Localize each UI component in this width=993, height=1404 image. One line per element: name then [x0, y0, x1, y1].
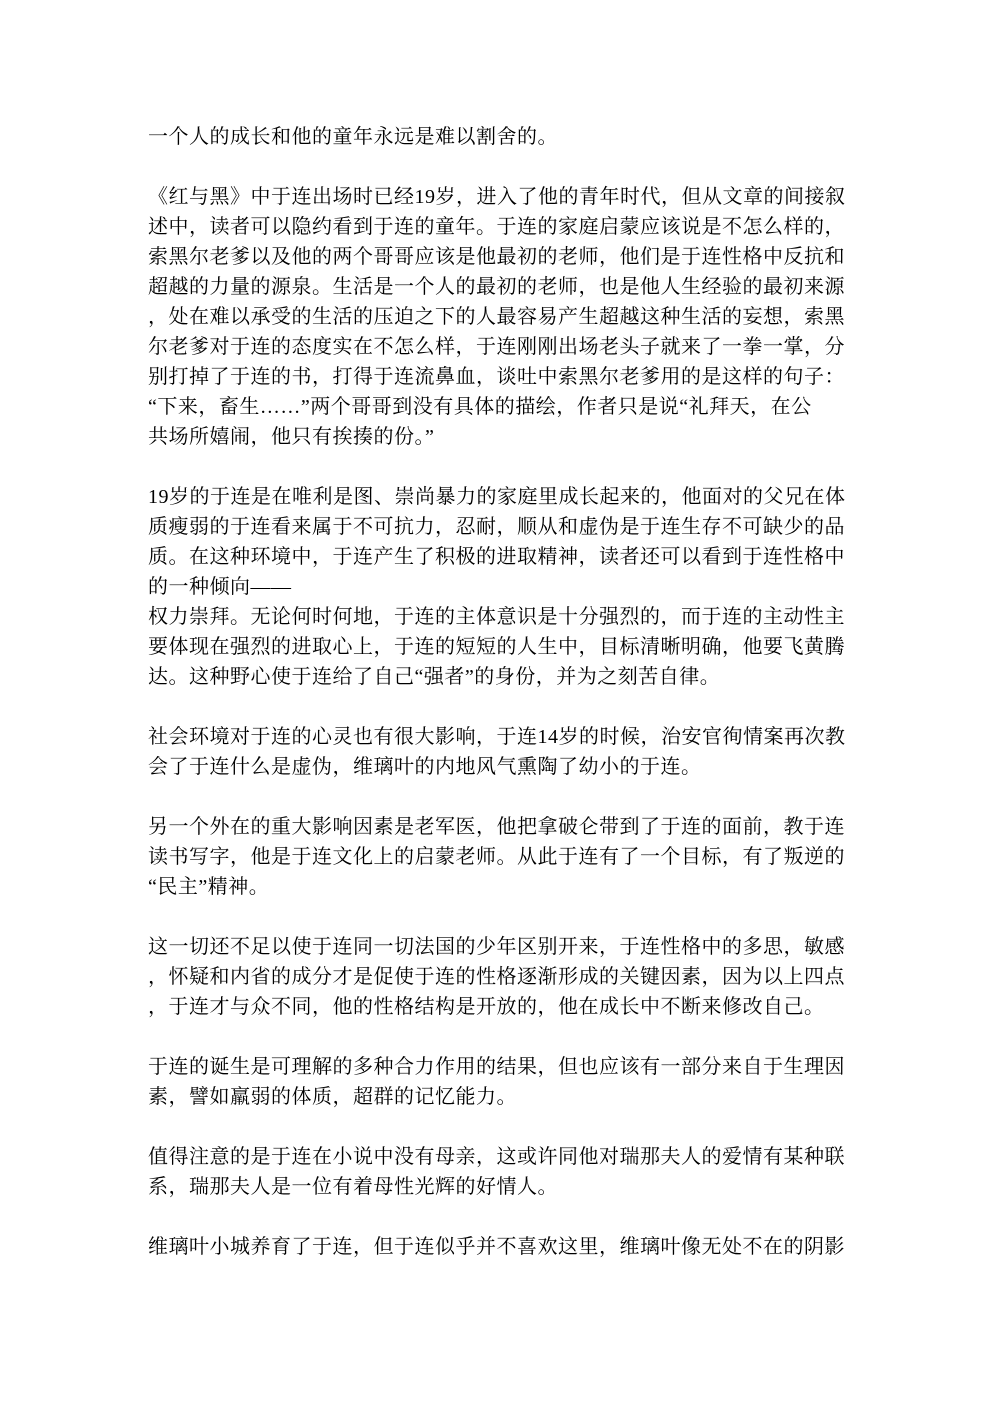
paragraph: 19岁的于连是在唯利是图、崇尚暴力的家庭里成长起来的，他面对的父兄在体质瘦弱的于…: [148, 482, 858, 692]
text-line: 这一切还不足以使于连同一切法国的少年区别开来，于连性格中的多思，敏感: [148, 932, 858, 962]
text-line: 另一个外在的重大影响因素是老军医，他把拿破仑带到了于连的面前，教于连: [148, 812, 858, 842]
paragraph: 社会环境对于连的心灵也有很大影响，于连14岁的时候，治安官徇情案再次教会了于连什…: [148, 722, 858, 782]
text-line: 别打掉了于连的书，打得于连流鼻血，谈吐中索黑尔老爹用的是这样的句子：: [148, 362, 858, 392]
text-line: 尔老爹对于连的态度实在不怎么样，于连刚刚出场老头子就来了一拳一掌，分: [148, 332, 858, 362]
paragraph: 一个人的成长和他的童年永远是难以割舍的。: [148, 122, 858, 152]
text-line: 的一种倾向——: [148, 572, 858, 602]
text-line: 系，瑞那夫人是一位有着母性光辉的好情人。: [148, 1172, 858, 1202]
text-line: 达。这种野心使于连给了自己“强者”的身份，并为之刻苦自律。: [148, 662, 858, 692]
text-line: 权力崇拜。无论何时何地，于连的主体意识是十分强烈的，而于连的主动性主: [148, 602, 858, 632]
text-line: 读书写字，他是于连文化上的启蒙老师。从此于连有了一个目标，有了叛逆的: [148, 842, 858, 872]
text-line: 一个人的成长和他的童年永远是难以割舍的。: [148, 122, 858, 152]
text-line: 述中，读者可以隐约看到于连的童年。于连的家庭启蒙应该说是不怎么样的，: [148, 212, 858, 242]
text-line: 《红与黑》中于连出场时已经19岁，进入了他的青年时代，但从文章的间接叙: [148, 182, 858, 212]
text-line: 共场所嬉闹，他只有挨揍的份。”: [148, 422, 858, 452]
document-page: 一个人的成长和他的童年永远是难以割舍的。《红与黑》中于连出场时已经19岁，进入了…: [0, 0, 993, 1404]
paragraph: 另一个外在的重大影响因素是老军医，他把拿破仑带到了于连的面前，教于连读书写字，他…: [148, 812, 858, 902]
text-line: ，怀疑和内省的成分才是促使于连的性格逐渐形成的关键因素，因为以上四点: [148, 962, 858, 992]
text-line: 要体现在强烈的进取心上，于连的短短的人生中，目标清晰明确，他要飞黄腾: [148, 632, 858, 662]
paragraph: 维璃叶小城养育了于连，但于连似乎并不喜欢这里，维璃叶像无处不在的阴影: [148, 1232, 858, 1262]
text-line: 索黑尔老爹以及他的两个哥哥应该是他最初的老师，他们是于连性格中反抗和: [148, 242, 858, 272]
paragraph: 于连的诞生是可理解的多种合力作用的结果，但也应该有一部分来自于生理因素，譬如羸弱…: [148, 1052, 858, 1112]
text-line: 会了于连什么是虚伪，维璃叶的内地风气熏陶了幼小的于连。: [148, 752, 858, 782]
text-line: ，于连才与众不同，他的性格结构是开放的，他在成长中不断来修改自己。: [148, 992, 858, 1022]
text-line: 于连的诞生是可理解的多种合力作用的结果，但也应该有一部分来自于生理因: [148, 1052, 858, 1082]
text-line: “民主”精神。: [148, 872, 858, 902]
text-line: “下来，畜生……”两个哥哥到没有具体的描绘，作者只是说“礼拜天，在公: [148, 392, 858, 422]
text-line: 社会环境对于连的心灵也有很大影响，于连14岁的时候，治安官徇情案再次教: [148, 722, 858, 752]
paragraph: 值得注意的是于连在小说中没有母亲，这或许同他对瑞那夫人的爱情有某种联系，瑞那夫人…: [148, 1142, 858, 1202]
text-line: 19岁的于连是在唯利是图、崇尚暴力的家庭里成长起来的，他面对的父兄在体: [148, 482, 858, 512]
paragraph: 《红与黑》中于连出场时已经19岁，进入了他的青年时代，但从文章的间接叙述中，读者…: [148, 182, 858, 452]
text-line: 值得注意的是于连在小说中没有母亲，这或许同他对瑞那夫人的爱情有某种联: [148, 1142, 858, 1172]
paragraph: 这一切还不足以使于连同一切法国的少年区别开来，于连性格中的多思，敏感，怀疑和内省…: [148, 932, 858, 1022]
text-line: 素，譬如羸弱的体质，超群的记忆能力。: [148, 1082, 858, 1112]
text-line: 质瘦弱的于连看来属于不可抗力，忍耐，顺从和虚伪是于连生存不可缺少的品: [148, 512, 858, 542]
text-column: 一个人的成长和他的童年永远是难以割舍的。《红与黑》中于连出场时已经19岁，进入了…: [148, 122, 858, 1292]
text-line: 质。在这种环境中，于连产生了积极的进取精神，读者还可以看到于连性格中: [148, 542, 858, 572]
text-line: 超越的力量的源泉。生活是一个人的最初的老师，也是他人生经验的最初来源: [148, 272, 858, 302]
text-line: 维璃叶小城养育了于连，但于连似乎并不喜欢这里，维璃叶像无处不在的阴影: [148, 1232, 858, 1262]
text-line: ，处在难以承受的生活的压迫之下的人最容易产生超越这种生活的妄想，索黑: [148, 302, 858, 332]
